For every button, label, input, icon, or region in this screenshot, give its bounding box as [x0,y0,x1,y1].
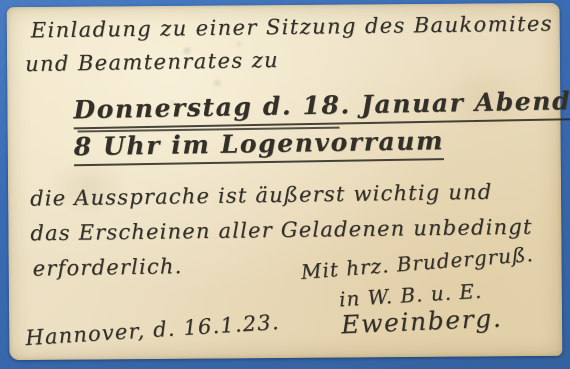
closing-greeting-line: Mit hrz. Brudergruß. [300,242,534,284]
invitation-line-2: und Beamtenrates zu [25,48,279,76]
body-line-1: die Aussprache ist äußerst wichtig und [30,180,493,211]
invitation-line-1: Einladung zu einer Sitzung des Baukomite… [31,12,553,43]
meeting-date-text: Donnerstag d. 18. Januar Abends [73,86,570,129]
photo-of-postcard: { "page": { "background_color": "#3a6cb4… [0,0,570,369]
meeting-date-line: Donnerstag d. 18. Januar Abends [73,86,570,124]
body-line-2: das Erscheinen aller Geladenen unbedingt [30,215,532,246]
body-line-3: erforderlich. [32,254,182,280]
meeting-time-place-text: 8 Uhr im Logenvorraum [73,126,444,166]
place-date-line: Hannover, d. 16.1.23. [25,310,281,350]
postcard: Einladung zu einer Sitzung des Baukomite… [7,3,563,360]
signature: Eweinberg. [341,303,503,339]
meeting-time-place-line: 8 Uhr im Logenvorraum [73,126,444,161]
